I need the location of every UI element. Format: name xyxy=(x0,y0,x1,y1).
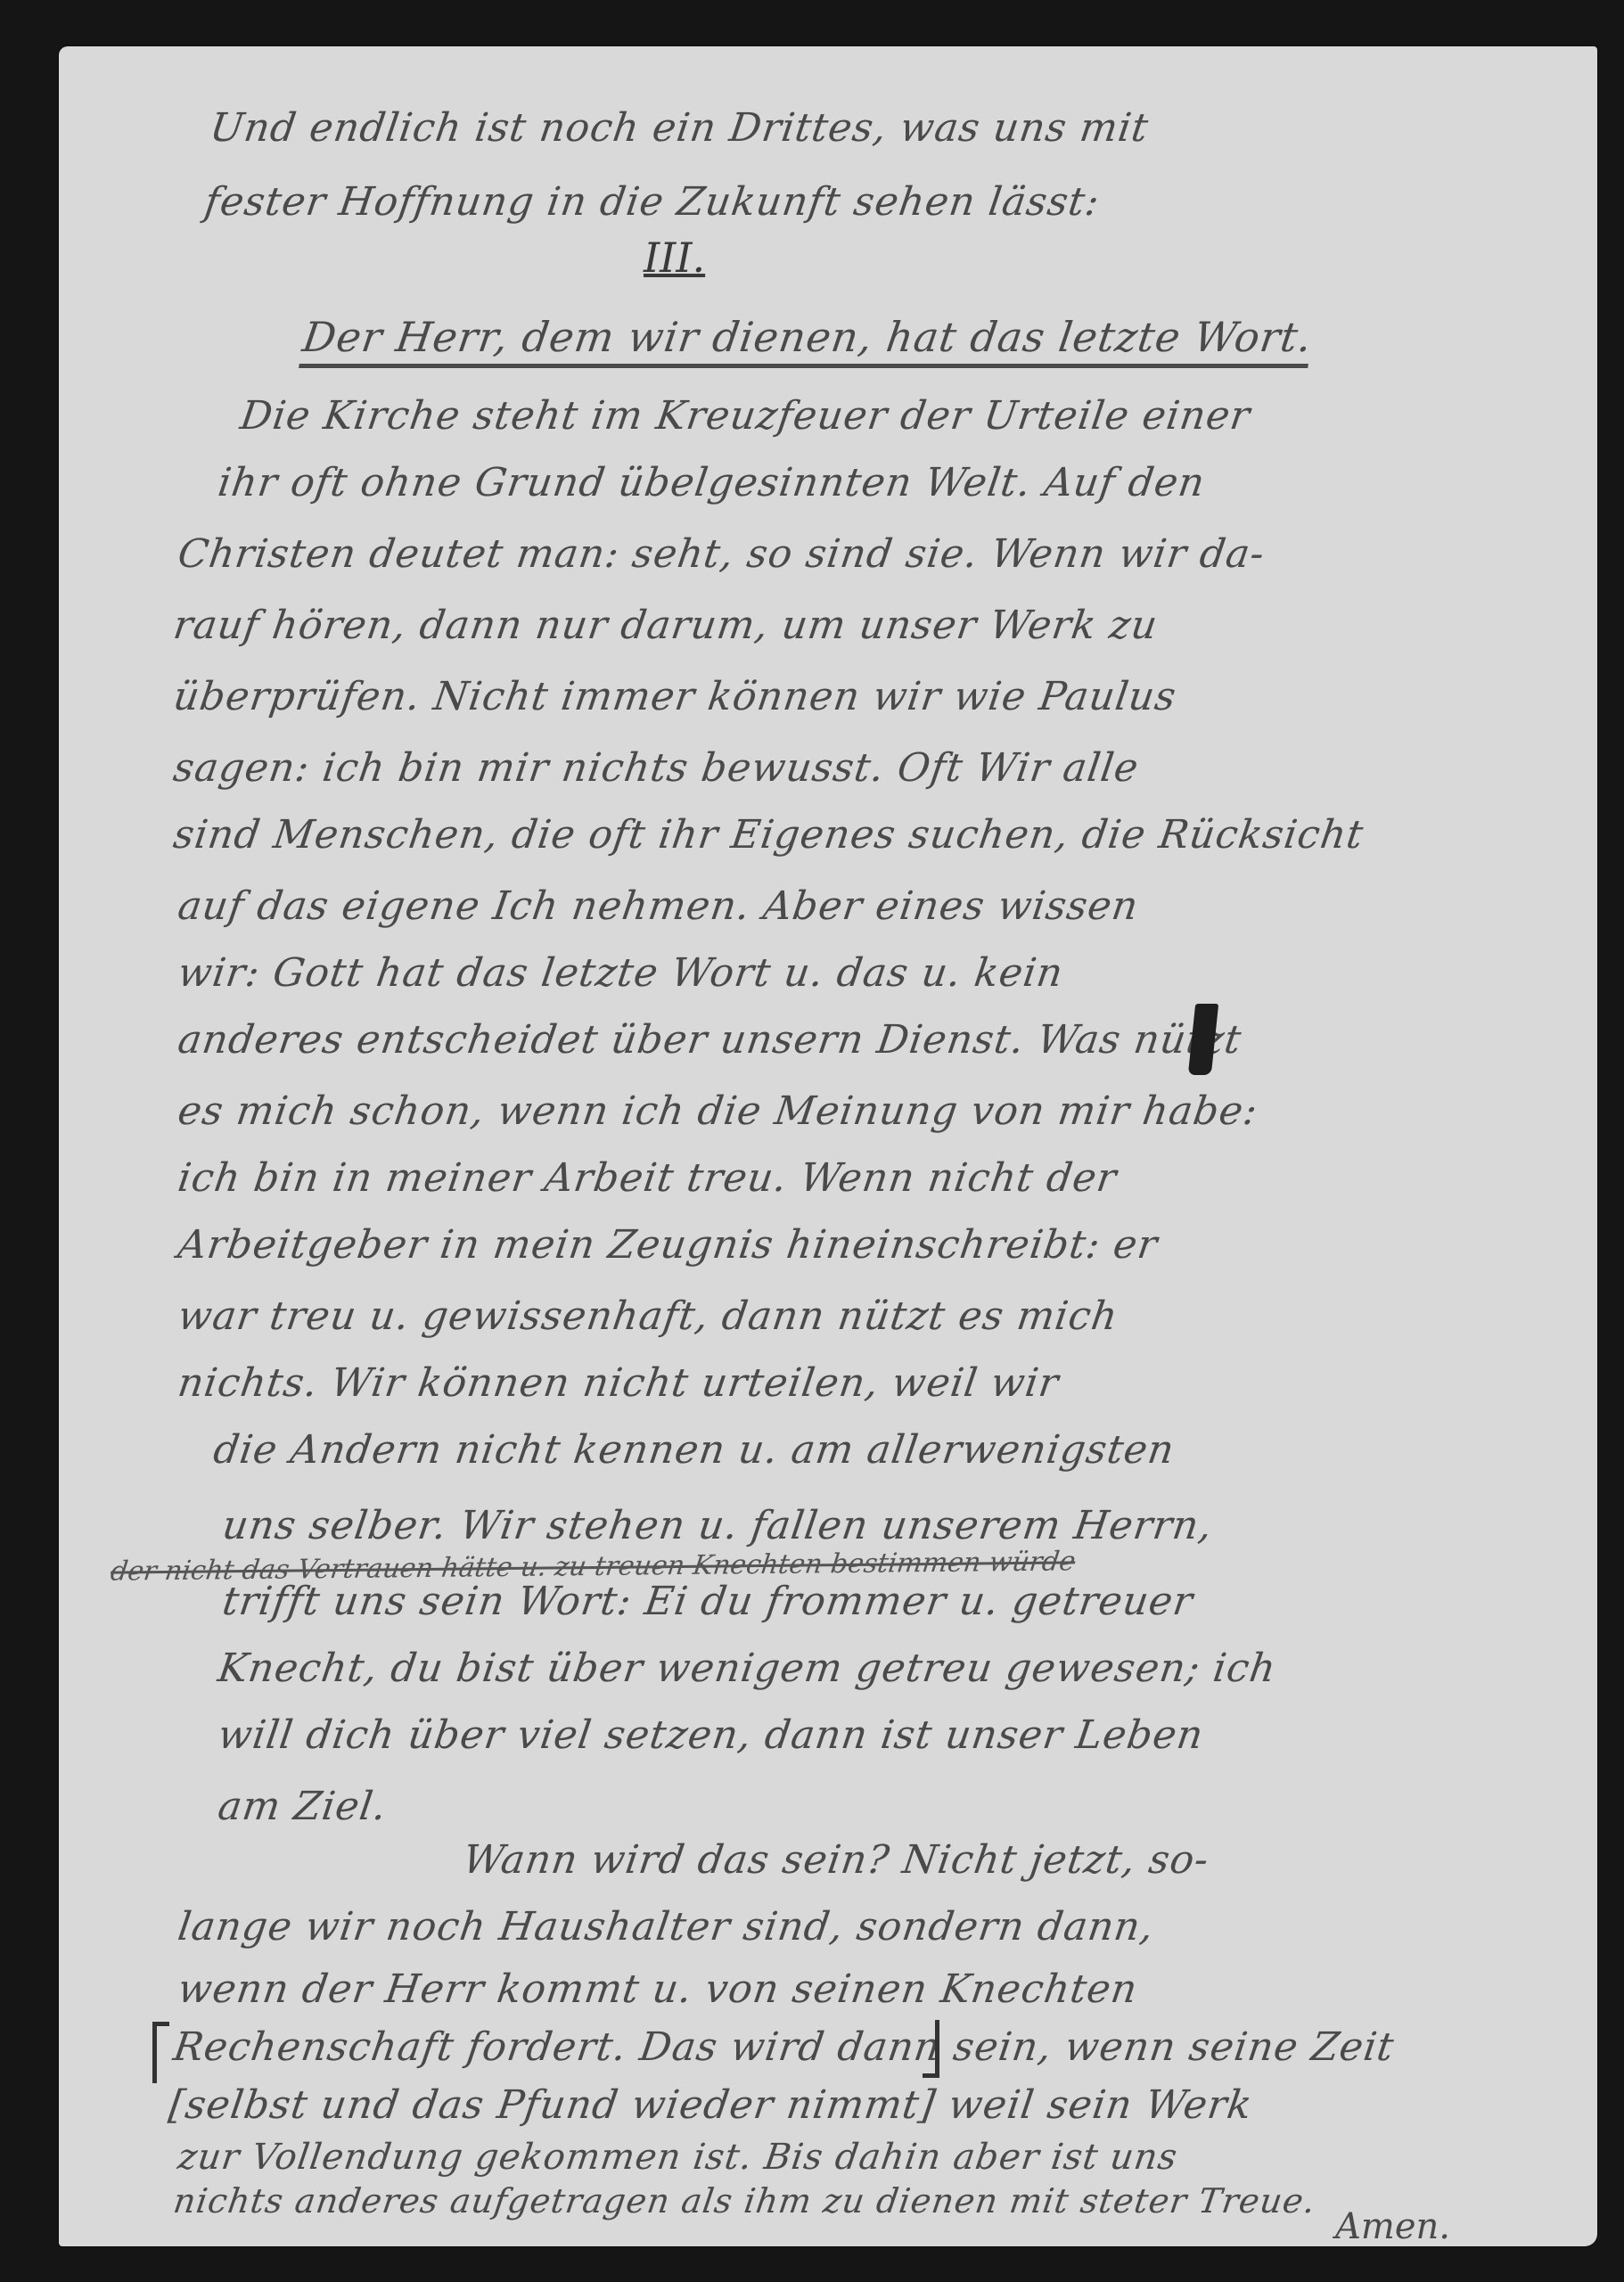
insertion-bracket-open xyxy=(152,2022,169,2083)
text-line-25: lange wir noch Haushalter sind, sondern … xyxy=(176,1908,1157,1947)
text-line-10: auf das eigene Ich nehmen. Aber eines wi… xyxy=(176,887,1141,926)
text-line-19: uns selber. Wir stehen u. fallen unserem… xyxy=(220,1506,1215,1546)
section-heading: Der Herr, dem wir dienen, hat das letzte… xyxy=(300,316,1316,357)
text-line-4: ihr oft ohne Grund übelgesinnten Welt. A… xyxy=(216,464,1208,503)
text-line-9: sind Menschen, die oft ihr Eigenes suche… xyxy=(171,816,1366,855)
insertion-bracket-close xyxy=(923,2020,939,2078)
text-line-21: Knecht, du bist über wenigem getreu gewe… xyxy=(216,1649,1279,1688)
text-line-6: rauf hören, dann nur darum, um unser Wer… xyxy=(171,606,1161,645)
text-line-17: nichts. Wir können nicht urteilen, weil … xyxy=(176,1364,1062,1403)
text-line-14: ich bin in meiner Arbeit treu. Wenn nich… xyxy=(176,1159,1120,1198)
text-line-28: [selbst und das Pfund wieder nimmt] weil… xyxy=(167,2086,1255,2125)
text-line-18: die Andern nicht kennen u. am allerwenig… xyxy=(211,1431,1177,1470)
text-line-7: überprüfen. Nicht immer können wir wie P… xyxy=(171,677,1179,717)
text-line-5: Christen deutet man: seht, so sind sie. … xyxy=(176,535,1267,574)
text-line-27: Rechenschaft fordert. Das wird dann sein… xyxy=(171,2028,1397,2067)
text-line-16: war treu u. gewissenhaft, dann nützt es … xyxy=(176,1297,1120,1336)
text-line-20: trifft uns sein Wort: Ei du frommer u. g… xyxy=(220,1582,1195,1621)
text-line-2: fester Hoffnung in die Zukunft sehen läs… xyxy=(202,183,1103,222)
text-line-1: Und endlich ist noch ein Drittes, was un… xyxy=(208,109,1151,148)
text-line-13: es mich schon, wenn ich die Meinung von … xyxy=(176,1092,1260,1131)
text-line-22: will dich über viel setzen, dann ist uns… xyxy=(216,1716,1206,1755)
text-line-11: wir: Gott hat das letzte Wort u. das u. … xyxy=(176,954,1066,993)
text-line-23: am Ziel. xyxy=(216,1787,390,1826)
text-line-26: wenn der Herr kommt u. von seinen Knecht… xyxy=(176,1970,1140,2009)
text-line-24: Wann wird das sein? Nicht jetzt, so- xyxy=(461,1841,1211,1880)
closing-amen: Amen. xyxy=(1335,2206,1450,2247)
text-line-30: nichts anderes aufgetragen als ihm zu di… xyxy=(171,2184,1317,2218)
text-line-15: Arbeitgeber in mein Zeugnis hineinschrei… xyxy=(176,1226,1161,1265)
text-line-29: zur Vollendung gekommen ist. Bis dahin a… xyxy=(176,2139,1180,2175)
text-line-8: sagen: ich bin mir nichts bewusst. Oft W… xyxy=(171,749,1141,788)
text-line-3: Die Kirche steht im Kreuzfeuer der Urtei… xyxy=(238,397,1253,436)
section-number: III. xyxy=(644,234,705,282)
text-line-12: anderes entscheidet über unsern Dienst. … xyxy=(176,1021,1244,1060)
